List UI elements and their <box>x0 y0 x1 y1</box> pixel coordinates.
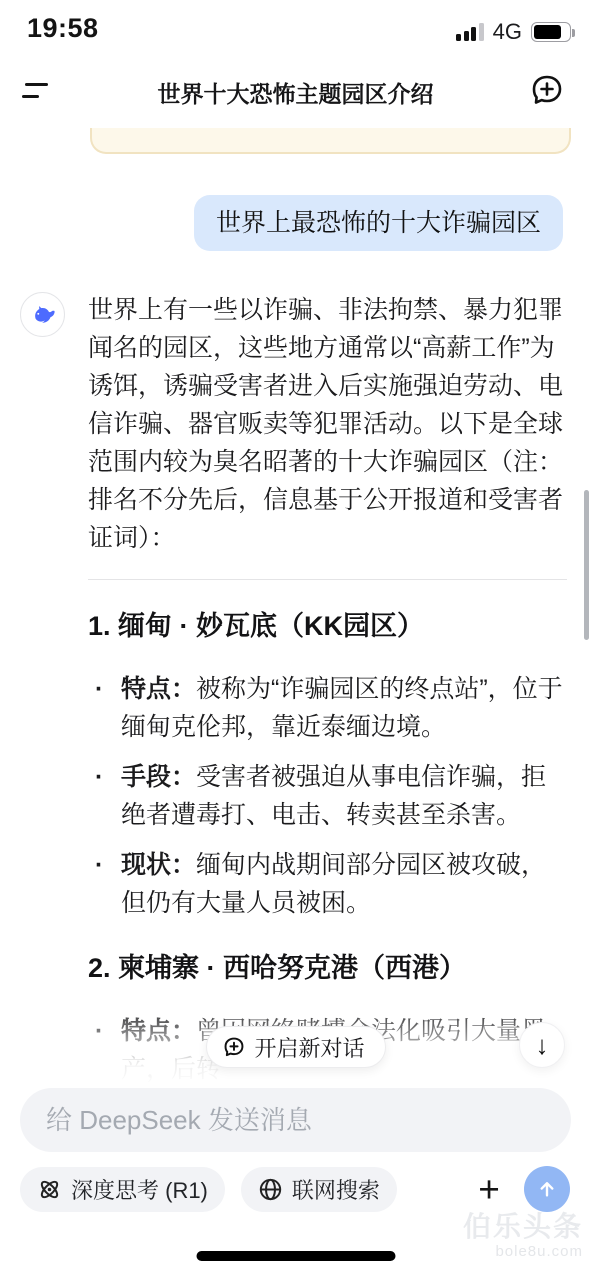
new-chat-button[interactable]: 开启新对话 <box>205 1026 385 1068</box>
watermark-url: bole8u.com <box>463 1243 583 1260</box>
scrollbar-thumb[interactable] <box>584 490 589 640</box>
user-message-bubble: 世界上最恐怖的十大诈骗园区 <box>194 195 563 251</box>
new-chat-label: 开启新对话 <box>254 1032 364 1063</box>
arrow-up-icon <box>536 1178 558 1200</box>
section-divider <box>88 579 567 580</box>
status-bar: 19:58 4G <box>0 0 591 54</box>
globe-icon <box>258 1177 283 1202</box>
web-search-toggle[interactable]: 联网搜索 <box>241 1167 397 1212</box>
deepseek-logo-avatar <box>20 292 65 337</box>
site-watermark: 伯乐头条 bole8u.com <box>463 1211 583 1260</box>
deep-think-toggle[interactable]: 深度思考 (R1) <box>20 1167 225 1212</box>
plus-icon: + <box>478 1171 500 1208</box>
list-item: 现状：缅甸内战期间部分园区被攻破，但仍有大量人员被困。 <box>88 846 567 922</box>
network-type-label: 4G <box>493 19 522 45</box>
web-search-label: 联网搜索 <box>292 1174 380 1205</box>
clock: 19:58 <box>27 13 99 44</box>
attach-plus-button[interactable]: + <box>468 1168 510 1210</box>
chat-plus-icon <box>220 1034 246 1060</box>
new-chat-bubble-icon[interactable] <box>527 70 567 110</box>
list-item: 特点：被称为“诈骗园区的终点站”，位于缅甸克伦邦，靠近泰缅边境。 <box>88 670 567 746</box>
assistant-intro: 世界上有一些以诈骗、非法拘禁、暴力犯罪闻名的园区，这些地方通常以“高薪工作”为诱… <box>88 291 567 557</box>
list-item: 手段：受害者被强迫从事电信诈骗，拒绝者遭毒打、电击、转卖甚至杀害。 <box>88 758 567 834</box>
message-input[interactable] <box>20 1105 571 1136</box>
previous-card-remnant <box>90 128 571 154</box>
deepseek-chat-screen: 19:58 4G 世界十大恐怖主题园区介绍 世界上最恐怖的十大诈骗园区 <box>0 0 591 1280</box>
whale-icon <box>29 301 57 329</box>
section-heading-1: 1. 缅甸 · 妙瓦底（KK园区） <box>88 606 567 646</box>
scroll-to-bottom-button[interactable]: ↓ <box>519 1022 565 1068</box>
composer: 深度思考 (R1) 联网搜索 + 伯乐头条 <box>0 1083 591 1280</box>
assistant-message: 世界上有一些以诈骗、非法拘禁、暴力犯罪闻名的园区，这些地方通常以“高薪工作”为诱… <box>88 291 567 1100</box>
section-1-list: 特点：被称为“诈骗园区的终点站”，位于缅甸克伦邦，靠近泰缅边境。 手段：受害者被… <box>88 670 567 922</box>
header: 世界十大恐怖主题园区介绍 <box>0 62 591 120</box>
send-button[interactable] <box>524 1166 570 1212</box>
conversation-title: 世界十大恐怖主题园区介绍 <box>80 76 511 109</box>
atom-icon <box>37 1177 62 1202</box>
signal-strength-icon <box>456 23 484 41</box>
section-heading-2: 2. 柬埔寨 · 西哈努克港（西港） <box>88 948 567 988</box>
message-input-wrap[interactable] <box>20 1088 571 1152</box>
watermark-title: 伯乐头条 <box>463 1211 583 1243</box>
deep-think-label: 深度思考 (R1) <box>71 1174 208 1205</box>
arrow-down-icon: ↓ <box>536 1030 549 1061</box>
home-indicator[interactable] <box>196 1251 395 1261</box>
sidebar-menu-icon[interactable] <box>22 78 52 104</box>
battery-icon <box>531 22 571 42</box>
